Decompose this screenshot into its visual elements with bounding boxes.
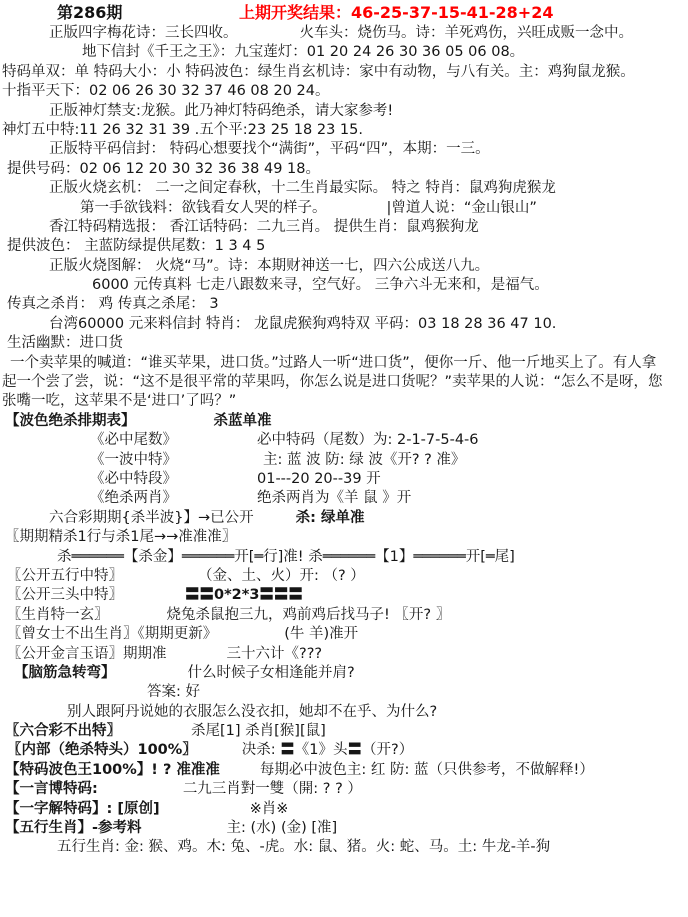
text-segment: 杀══════【杀金】══════开[═行]准! 杀══════【1】═════… bbox=[57, 548, 515, 567]
text-segment: 〖期期精杀1行与杀1尾→→准准准〗 bbox=[5, 528, 236, 547]
text-line: 神灯五中特:11 26 32 31 39 .五个平:23 25 18 23 15… bbox=[2, 121, 686, 140]
text-segment: 台湾60000 元来料信封 特肖： 龙鼠虎猴狗鸡特双 平码：03 18 28 3… bbox=[49, 315, 556, 334]
text-segment: 答案: 好 bbox=[147, 683, 200, 702]
document-lines: 正版四字梅花诗：三长四收。火车头：烧伤马。诗：羊死鸡伤，兴旺成贩一念中。地下信封… bbox=[2, 24, 686, 858]
text-line: 【特码波色王100%】! ? 准准准每期必中波色主: 红 防: 蓝（只供参考，不… bbox=[2, 761, 686, 780]
text-line: 〖期期精杀1行与杀1尾→→准准准〗 bbox=[2, 528, 686, 547]
text-segment: 生活幽默：进口货 bbox=[7, 334, 123, 353]
text-segment: (牛 羊)准开 bbox=[284, 625, 358, 644]
text-line: 《绝杀两肖》绝杀两肖为《羊 鼠 》开 bbox=[2, 489, 686, 508]
text-segment: 【一字解特码】: [原创] bbox=[5, 800, 160, 819]
text-line: 答案: 好 bbox=[2, 683, 686, 702]
text-segment: 《绝杀两肖》 bbox=[90, 489, 177, 508]
text-segment: 提供波色： 主蓝防绿提供尾数：1 3 4 5 bbox=[7, 237, 265, 256]
text-segment: 起一个尝了尝，说：“这不是很平常的苹果吗，你怎么说是进口货呢？”卖苹果的人说：“… bbox=[2, 373, 663, 392]
text-line: 十指平天下：02 06 26 30 32 37 46 08 20 24。 bbox=[2, 82, 686, 101]
text-line: 〖六合彩不出特〗杀尾[1] 杀肖[猴][鼠] bbox=[2, 722, 686, 741]
text-segment: 提供号码：02 06 12 20 30 32 36 38 49 18。 bbox=[7, 160, 320, 179]
text-line: 〖曾女士不出生肖〗《期期更新》(牛 羊)准开 bbox=[2, 625, 686, 644]
text-line: 张嘴一吃，这苹果不是‘进口’了吗？” bbox=[2, 392, 686, 411]
text-segment: 杀尾[1] 杀肖[猴][鼠] bbox=[191, 722, 326, 741]
text-segment: 必中特码（尾数）为: 2-1-7-5-4-6 bbox=[257, 431, 479, 450]
text-line: 传真之杀肖： 鸡 传真之杀尾： 3 bbox=[2, 295, 686, 314]
text-segment: 〖公开金言玉语〗期期准 bbox=[7, 645, 167, 664]
text-line: 6000 元传真料 七走八跟数来寻，空气好。 三争六斗无来和，是福气。 bbox=[2, 276, 686, 295]
text-segment: 香江特码精选报： 香江话特码：二九三肖。 提供生肖：鼠鸡猴狗龙 bbox=[49, 218, 479, 237]
text-line: 特码单双：单 特码大小：小 特码波色：绿生肖玄机诗：家中有动物，与八有关。主：鸡… bbox=[2, 63, 686, 82]
text-segment: 决杀: 〓《1》头〓（开?） bbox=[242, 741, 413, 760]
sheet-header: 第286期 上期开奖结果：46-25-37-15-41-28+24 bbox=[2, 2, 686, 24]
text-segment: 01---20 20--39 开 bbox=[257, 470, 381, 489]
text-segment: 五行生肖: 金: 猴、鸡。木: 兔、-虎。水: 鼠、猪。火: 蛇、马。土: 牛龙… bbox=[57, 838, 550, 857]
text-segment: 主: 蓝 波 防: 绿 波《开? ? 准》 bbox=[263, 451, 465, 470]
text-line: 《一波中特》主: 蓝 波 防: 绿 波《开? ? 准》 bbox=[2, 451, 686, 470]
text-segment: 【五行生肖】-参考料 bbox=[5, 819, 142, 838]
text-segment: 〖公开五行中特〗 bbox=[7, 567, 123, 586]
text-segment: 特码单双：单 特码大小：小 特码波色：绿生肖玄机诗：家中有动物，与八有关。主：鸡… bbox=[2, 63, 635, 82]
text-line: 正版神灯禁支:龙猴。此乃神灯特码绝杀，请大家参考! bbox=[2, 102, 686, 121]
last-draw-result: 上期开奖结果：46-25-37-15-41-28+24 bbox=[239, 2, 553, 24]
text-line: 〖内部（绝杀特头）100%〗决杀: 〓《1》头〓（开?） bbox=[2, 741, 686, 760]
text-line: 香江特码精选报： 香江话特码：二九三肖。 提供生肖：鼠鸡猴狗龙 bbox=[2, 218, 686, 237]
text-segment: 正版特平码信封： 特码心想要找个“满街”，平码“四”，本期：一三。 bbox=[49, 140, 490, 159]
text-segment: 【一言博特码: bbox=[5, 780, 98, 799]
text-segment: 传真之杀肖： 鸡 传真之杀尾： 3 bbox=[7, 295, 219, 314]
text-segment: 烧兔杀鼠抱三九，鸡前鸡后找马子! 〖开? 〗 bbox=[167, 606, 451, 625]
text-line: 一个卖苹果的喊道：“谁买苹果，进口货。”过路人一听“进口货”，便你一斤、他一斤地… bbox=[2, 354, 686, 373]
text-line: 正版四字梅花诗：三长四收。火车头：烧伤马。诗：羊死鸡伤，兴旺成贩一念中。 bbox=[2, 24, 686, 43]
text-segment: 〖公开三头中特〗 bbox=[7, 586, 123, 605]
text-line: 第一手欲钱料：欲钱看女人哭的样子。|曾道人说：“金山银山” bbox=[2, 199, 686, 218]
text-line: 别人跟阿丹说她的衣服怎么没衣扣，她却不在乎、为什么? bbox=[2, 703, 686, 722]
text-line: 正版火烧玄机： 二一之间定春秋，十二生肖最实际。 特之 特肖：鼠鸡狗虎猴龙 bbox=[2, 179, 686, 198]
text-segment: 〓〓0*2*3〓〓〓 bbox=[185, 586, 303, 605]
text-line: 【脑筋急转弯】什么时候子女相逢能并肩? bbox=[2, 664, 686, 683]
text-segment: 杀: 绿单准 bbox=[296, 509, 365, 528]
text-segment: 正版火烧玄机： 二一之间定春秋，十二生肖最实际。 特之 特肖：鼠鸡狗虎猴龙 bbox=[49, 179, 556, 198]
text-line: 地下信封《千王之王》：九宝莲灯：01 20 24 26 30 36 05 06 … bbox=[2, 43, 686, 62]
text-line: 提供波色： 主蓝防绿提供尾数：1 3 4 5 bbox=[2, 237, 686, 256]
text-segment: 第一手欲钱料：欲钱看女人哭的样子。 bbox=[80, 199, 327, 218]
text-segment: 〖生肖特一玄〗 bbox=[7, 606, 109, 625]
text-line: 正版火烧图解： 火烧“马”。诗：本期财神送一七，四六公成送八九。 bbox=[2, 257, 686, 276]
text-segment: 6000 元传真料 七走八跟数来寻，空气好。 三争六斗无来和，是福气。 bbox=[92, 276, 549, 295]
text-segment: 〖曾女士不出生肖〗《期期更新》 bbox=[7, 625, 217, 644]
text-segment: 地下信封《千王之王》：九宝莲灯：01 20 24 26 30 36 05 06 … bbox=[82, 43, 524, 62]
text-segment: 〖六合彩不出特〗 bbox=[5, 722, 121, 741]
text-line: 【五行生肖】-参考料主: (水) (金) [准] bbox=[2, 819, 686, 838]
text-segment: 十指平天下：02 06 26 30 32 37 46 08 20 24。 bbox=[2, 82, 330, 101]
text-line: 生活幽默：进口货 bbox=[2, 334, 686, 353]
text-line: 〖公开金言玉语〗期期准三十六计《??? bbox=[2, 645, 686, 664]
text-line: 【波色绝杀排期表】杀蓝单准 bbox=[2, 412, 686, 431]
text-segment: 【特码波色王100%】! ? 准准准 bbox=[5, 761, 220, 780]
text-line: 〖公开五行中特〗（金、土、火）开: （? ） bbox=[2, 567, 686, 586]
text-segment: 神灯五中特:11 26 32 31 39 .五个平:23 25 18 23 15… bbox=[2, 121, 363, 140]
text-segment: 《必中尾数》 bbox=[90, 431, 177, 450]
text-segment: 火车头：烧伤马。诗：羊死鸡伤，兴旺成贩一念中。 bbox=[300, 24, 634, 43]
issue-number: 第286期 bbox=[57, 2, 122, 24]
text-line: 台湾60000 元来料信封 特肖： 龙鼠虎猴狗鸡特双 平码：03 18 28 3… bbox=[2, 315, 686, 334]
text-line: 【一言博特码:二九三肖對一雙（開: ? ? ） bbox=[2, 780, 686, 799]
text-line: 杀══════【杀金】══════开[═行]准! 杀══════【1】═════… bbox=[2, 548, 686, 567]
text-line: 〖生肖特一玄〗烧兔杀鼠抱三九，鸡前鸡后找马子! 〖开? 〗 bbox=[2, 606, 686, 625]
text-segment: 【波色绝杀排期表】 bbox=[5, 412, 136, 431]
text-segment: 绝杀两肖为《羊 鼠 》开 bbox=[257, 489, 411, 508]
text-line: 六合彩期期{杀半波}】→已公开杀: 绿单准 bbox=[2, 509, 686, 528]
text-segment: 六合彩期期{杀半波}】→已公开 bbox=[49, 509, 254, 528]
text-segment: 〖内部（绝杀特头）100%〗 bbox=[7, 741, 197, 760]
text-segment: 【脑筋急转弯】 bbox=[14, 664, 116, 683]
text-line: 《必中特段》01---20 20--39 开 bbox=[2, 470, 686, 489]
text-segment: 一个卖苹果的喊道：“谁买苹果，进口货。”过路人一听“进口货”，便你一斤、他一斤地… bbox=[10, 354, 656, 373]
text-segment: 别人跟阿丹说她的衣服怎么没衣扣，她却不在乎、为什么? bbox=[67, 703, 437, 722]
text-segment: 《一波中特》 bbox=[90, 451, 177, 470]
text-segment: 张嘴一吃，这苹果不是‘进口’了吗？” bbox=[2, 392, 236, 411]
text-line: 起一个尝了尝，说：“这不是很平常的苹果吗，你怎么说是进口货呢？”卖苹果的人说：“… bbox=[2, 373, 686, 392]
lottery-tip-sheet: 第286期 上期开奖结果：46-25-37-15-41-28+24 正版四字梅花… bbox=[0, 0, 688, 858]
text-segment: 杀蓝单准 bbox=[214, 412, 272, 431]
text-segment: 正版火烧图解： 火烧“马”。诗：本期财神送一七，四六公成送八九。 bbox=[49, 257, 489, 276]
text-line: 提供号码：02 06 12 20 30 32 36 38 49 18。 bbox=[2, 160, 686, 179]
text-segment: 《必中特段》 bbox=[90, 470, 177, 489]
text-segment: 主: (水) (金) [准] bbox=[227, 819, 338, 838]
text-segment: 每期必中波色主: 红 防: 蓝（只供参考，不做解释!） bbox=[260, 761, 594, 780]
text-segment: 二九三肖對一雙（開: ? ? ） bbox=[183, 780, 362, 799]
text-line: 【一字解特码】: [原创]※肖※ bbox=[2, 800, 686, 819]
text-segment: 正版神灯禁支:龙猴。此乃神灯特码绝杀，请大家参考! bbox=[49, 102, 393, 121]
text-line: 《必中尾数》必中特码（尾数）为: 2-1-7-5-4-6 bbox=[2, 431, 686, 450]
text-line: 〖公开三头中特〗〓〓0*2*3〓〓〓 bbox=[2, 586, 686, 605]
text-line: 正版特平码信封： 特码心想要找个“满街”，平码“四”，本期：一三。 bbox=[2, 140, 686, 159]
text-segment: 三十六计《??? bbox=[227, 645, 323, 664]
text-segment: 正版四字梅花诗：三长四收。 bbox=[49, 24, 238, 43]
text-segment: ※肖※ bbox=[250, 800, 289, 819]
text-segment: 什么时候子女相逢能并肩? bbox=[188, 664, 355, 683]
text-segment: （金、土、火）开: （? ） bbox=[198, 567, 365, 586]
text-line: 五行生肖: 金: 猴、鸡。木: 兔、-虎。水: 鼠、猪。火: 蛇、马。土: 牛龙… bbox=[2, 838, 686, 857]
text-segment: |曾道人说：“金山银山” bbox=[387, 199, 537, 218]
